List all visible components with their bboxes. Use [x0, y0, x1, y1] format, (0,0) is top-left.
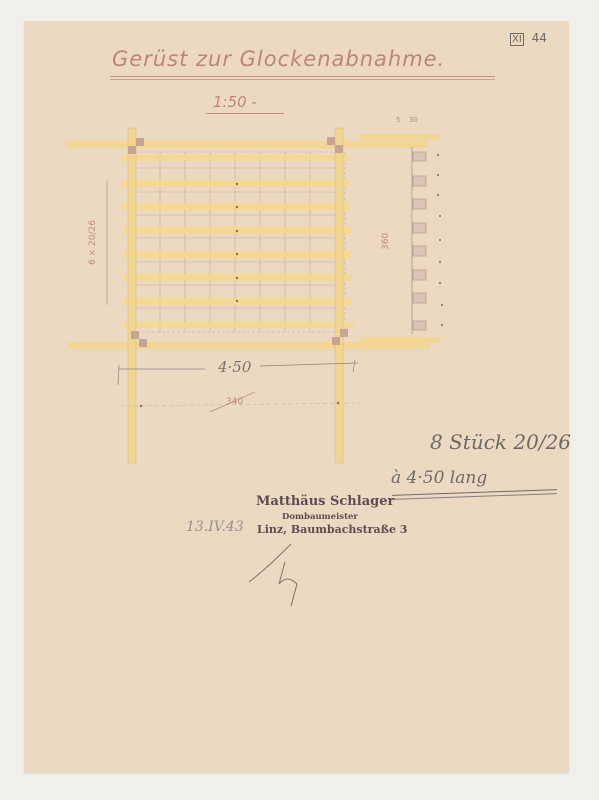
scaffold-plan-drawing: 6 × 20/26 4·50 340 360 5 30 [0, 0, 599, 800]
date: 13.IV.43 [186, 519, 244, 535]
elevation-beam-sections [413, 152, 426, 330]
right-height-label: 360 [381, 233, 391, 250]
top-long-beam [66, 141, 428, 148]
dimension-tick-right [353, 360, 355, 372]
left-post [128, 128, 136, 463]
lower-dimension-label: 340 [226, 397, 243, 407]
top-right-label-a: 5 [396, 116, 400, 124]
elevation-dots [437, 154, 443, 326]
signature-mark [245, 540, 315, 610]
center-dots [236, 183, 238, 302]
corner-blocks [128, 137, 348, 347]
bottom-long-beam [68, 342, 430, 349]
side-dimension-label: 6 × 20/26 [88, 220, 98, 265]
width-dimension-line-right [260, 363, 358, 366]
stamp-address: Linz, Baumbachstraße 3 [257, 523, 407, 536]
stamp-title: Dombaumeister [282, 512, 358, 522]
stamp-name: Matthäus Schlager [256, 494, 394, 509]
dimension-dot [337, 402, 339, 404]
dimension-tick-left [118, 365, 119, 385]
dimension-dot [140, 405, 142, 407]
elevation-top-beam [360, 134, 440, 140]
width-dimension-label: 4·50 [217, 358, 252, 376]
top-right-label-b: 30 [409, 116, 418, 124]
right-post [335, 128, 343, 463]
length-note: à 4·50 lang [391, 468, 487, 488]
elevation-bottom-beam [360, 337, 440, 343]
cross-beams [122, 155, 354, 328]
quantity-note: 8 Stück 20/26 [430, 430, 571, 454]
